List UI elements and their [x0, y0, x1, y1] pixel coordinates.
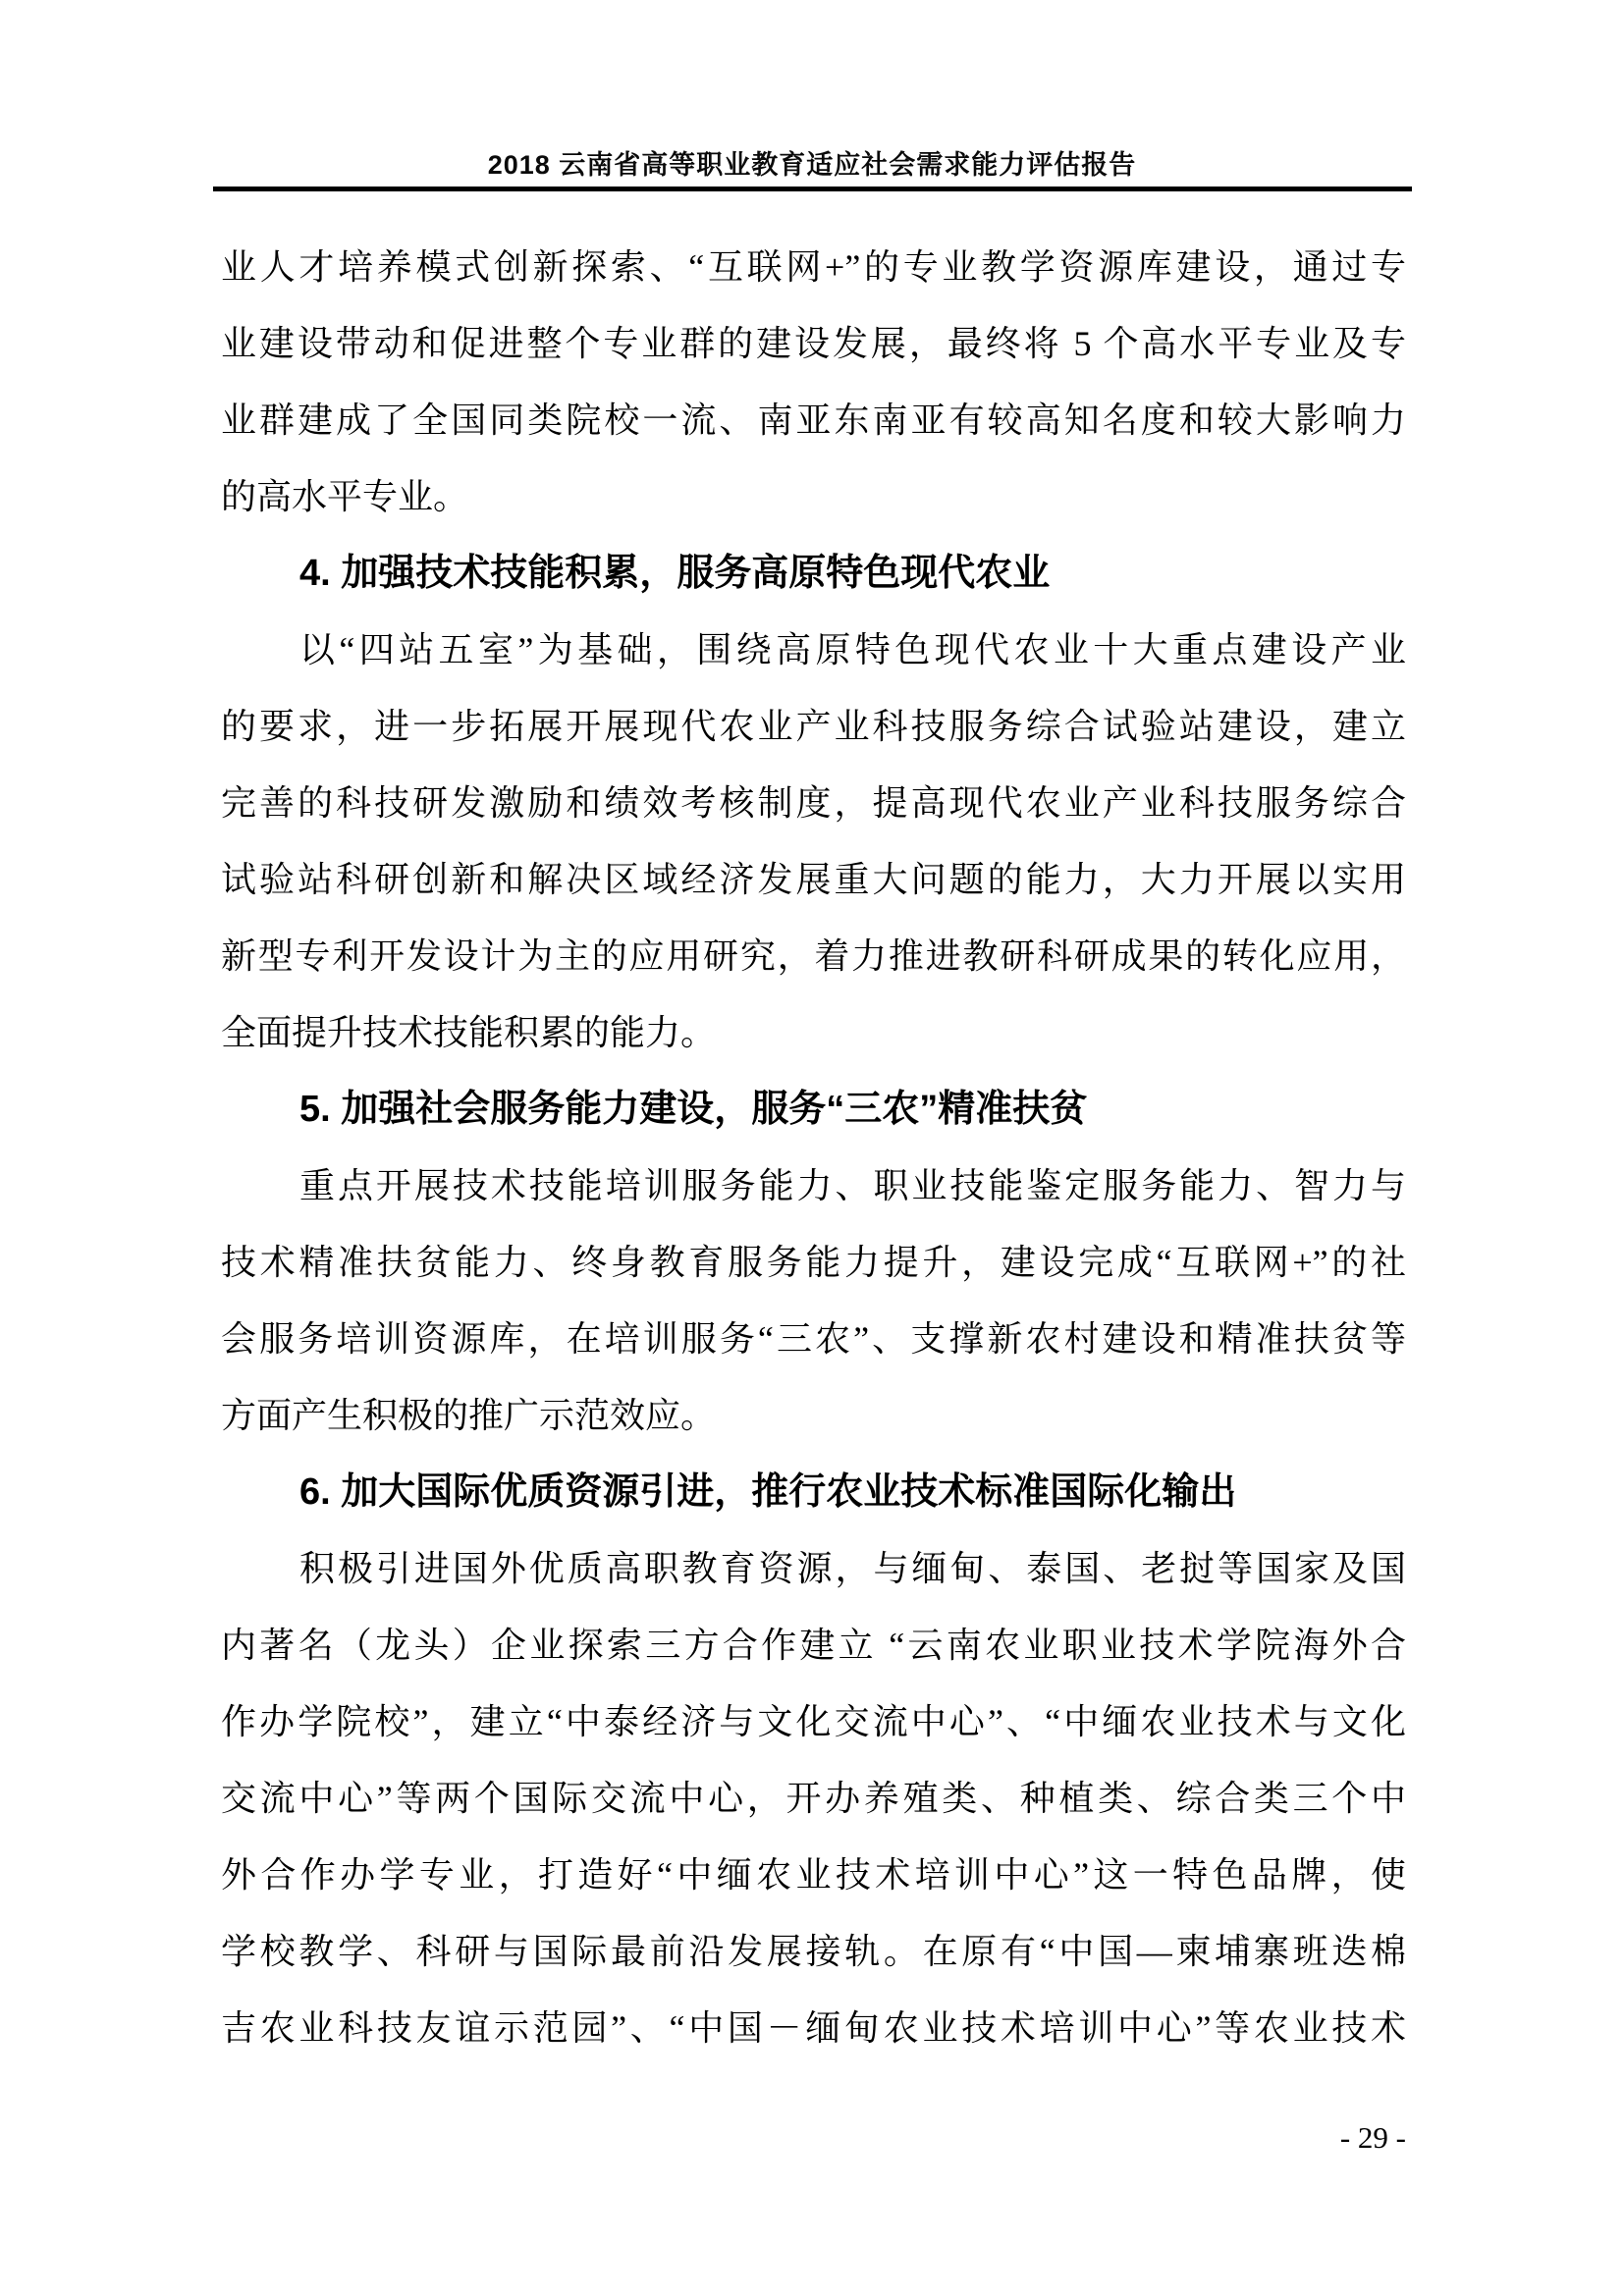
body-line: 积极引进国外优质高职教育资源，与缅甸、泰国、老挝等国家及国 — [221, 1530, 1406, 1607]
body-line: 交流中心”等两个国际交流中心，开办养殖类、种植类、综合类三个中 — [221, 1760, 1406, 1837]
body-line: 业建设带动和促进整个专业群的建设发展，最终将 5 个高水平专业及专 — [221, 305, 1406, 382]
body-line: 方面产生积极的推广示范效应。 — [221, 1377, 1406, 1454]
body-line: 作办学院校”，建立“中泰经济与文化交流中心”、“中缅农业技术与文化 — [221, 1683, 1406, 1760]
body-line: 会服务培训资源库，在培训服务“三农”、支撑新农村建设和精准扶贫等 — [221, 1301, 1406, 1377]
header-rule — [213, 187, 1412, 191]
body-line: 外合作办学专业，打造好“中缅农业技术培训中心”这一特色品牌，使 — [221, 1837, 1406, 1913]
page-header-title: 2018 云南省高等职业教育适应社会需求能力评估报告 — [0, 150, 1624, 180]
body-line: 全面提升技术技能积累的能力。 — [221, 994, 1406, 1071]
document-page: 2018 云南省高等职业教育适应社会需求能力评估报告 业人才培养模式创新探索、“… — [0, 0, 1624, 2296]
body-line: 新型专利开发设计为主的应用研究，着力推进教研科研成果的转化应用， — [221, 918, 1406, 994]
body-line: 技术精准扶贫能力、终身教育服务能力提升，建设完成“互联网+”的社 — [221, 1224, 1406, 1301]
body-line: 以“四站五室”为基础，围绕高原特色现代农业十大重点建设产业 — [221, 612, 1406, 688]
body-line: 的要求，进一步拓展开展现代农业产业科技服务综合试验站建设，建立 — [221, 688, 1406, 765]
body-line: 完善的科技研发激励和绩效考核制度，提高现代农业产业科技服务综合 — [221, 765, 1406, 841]
body-line: 试验站科研创新和解决区域经济发展重大问题的能力，大力开展以实用 — [221, 841, 1406, 918]
body-line: 业群建成了全国同类院校一流、南亚东南亚有较高知名度和较大影响力 — [221, 382, 1406, 458]
body-line: 内著名（龙头）企业探索三方合作建立 “云南农业职业技术学院海外合 — [221, 1607, 1406, 1683]
section-heading: 4. 加强技术技能积累，服务高原特色现代农业 — [221, 535, 1406, 612]
section-heading: 6. 加大国际优质资源引进，推行农业技术标准国际化输出 — [221, 1454, 1406, 1530]
body-line: 吉农业科技友谊示范园”、“中国－缅甸农业技术培训中心”等农业技术 — [221, 1990, 1406, 2066]
body-line: 业人才培养模式创新探索、“互联网+”的专业教学资源库建设，通过专 — [221, 229, 1406, 305]
document-body: 业人才培养模式创新探索、“互联网+”的专业教学资源库建设，通过专业建设带动和促进… — [221, 229, 1406, 2066]
body-line: 重点开展技术技能培训服务能力、职业技能鉴定服务能力、智力与 — [221, 1148, 1406, 1224]
section-heading: 5. 加强社会服务能力建设，服务“三农”精准扶贫 — [221, 1071, 1406, 1148]
page-number: - 29 - — [221, 2118, 1406, 2158]
body-line: 的高水平专业。 — [221, 458, 1406, 535]
body-line: 学校教学、科研与国际最前沿发展接轨。在原有“中国—柬埔寨班迭棉 — [221, 1913, 1406, 1990]
